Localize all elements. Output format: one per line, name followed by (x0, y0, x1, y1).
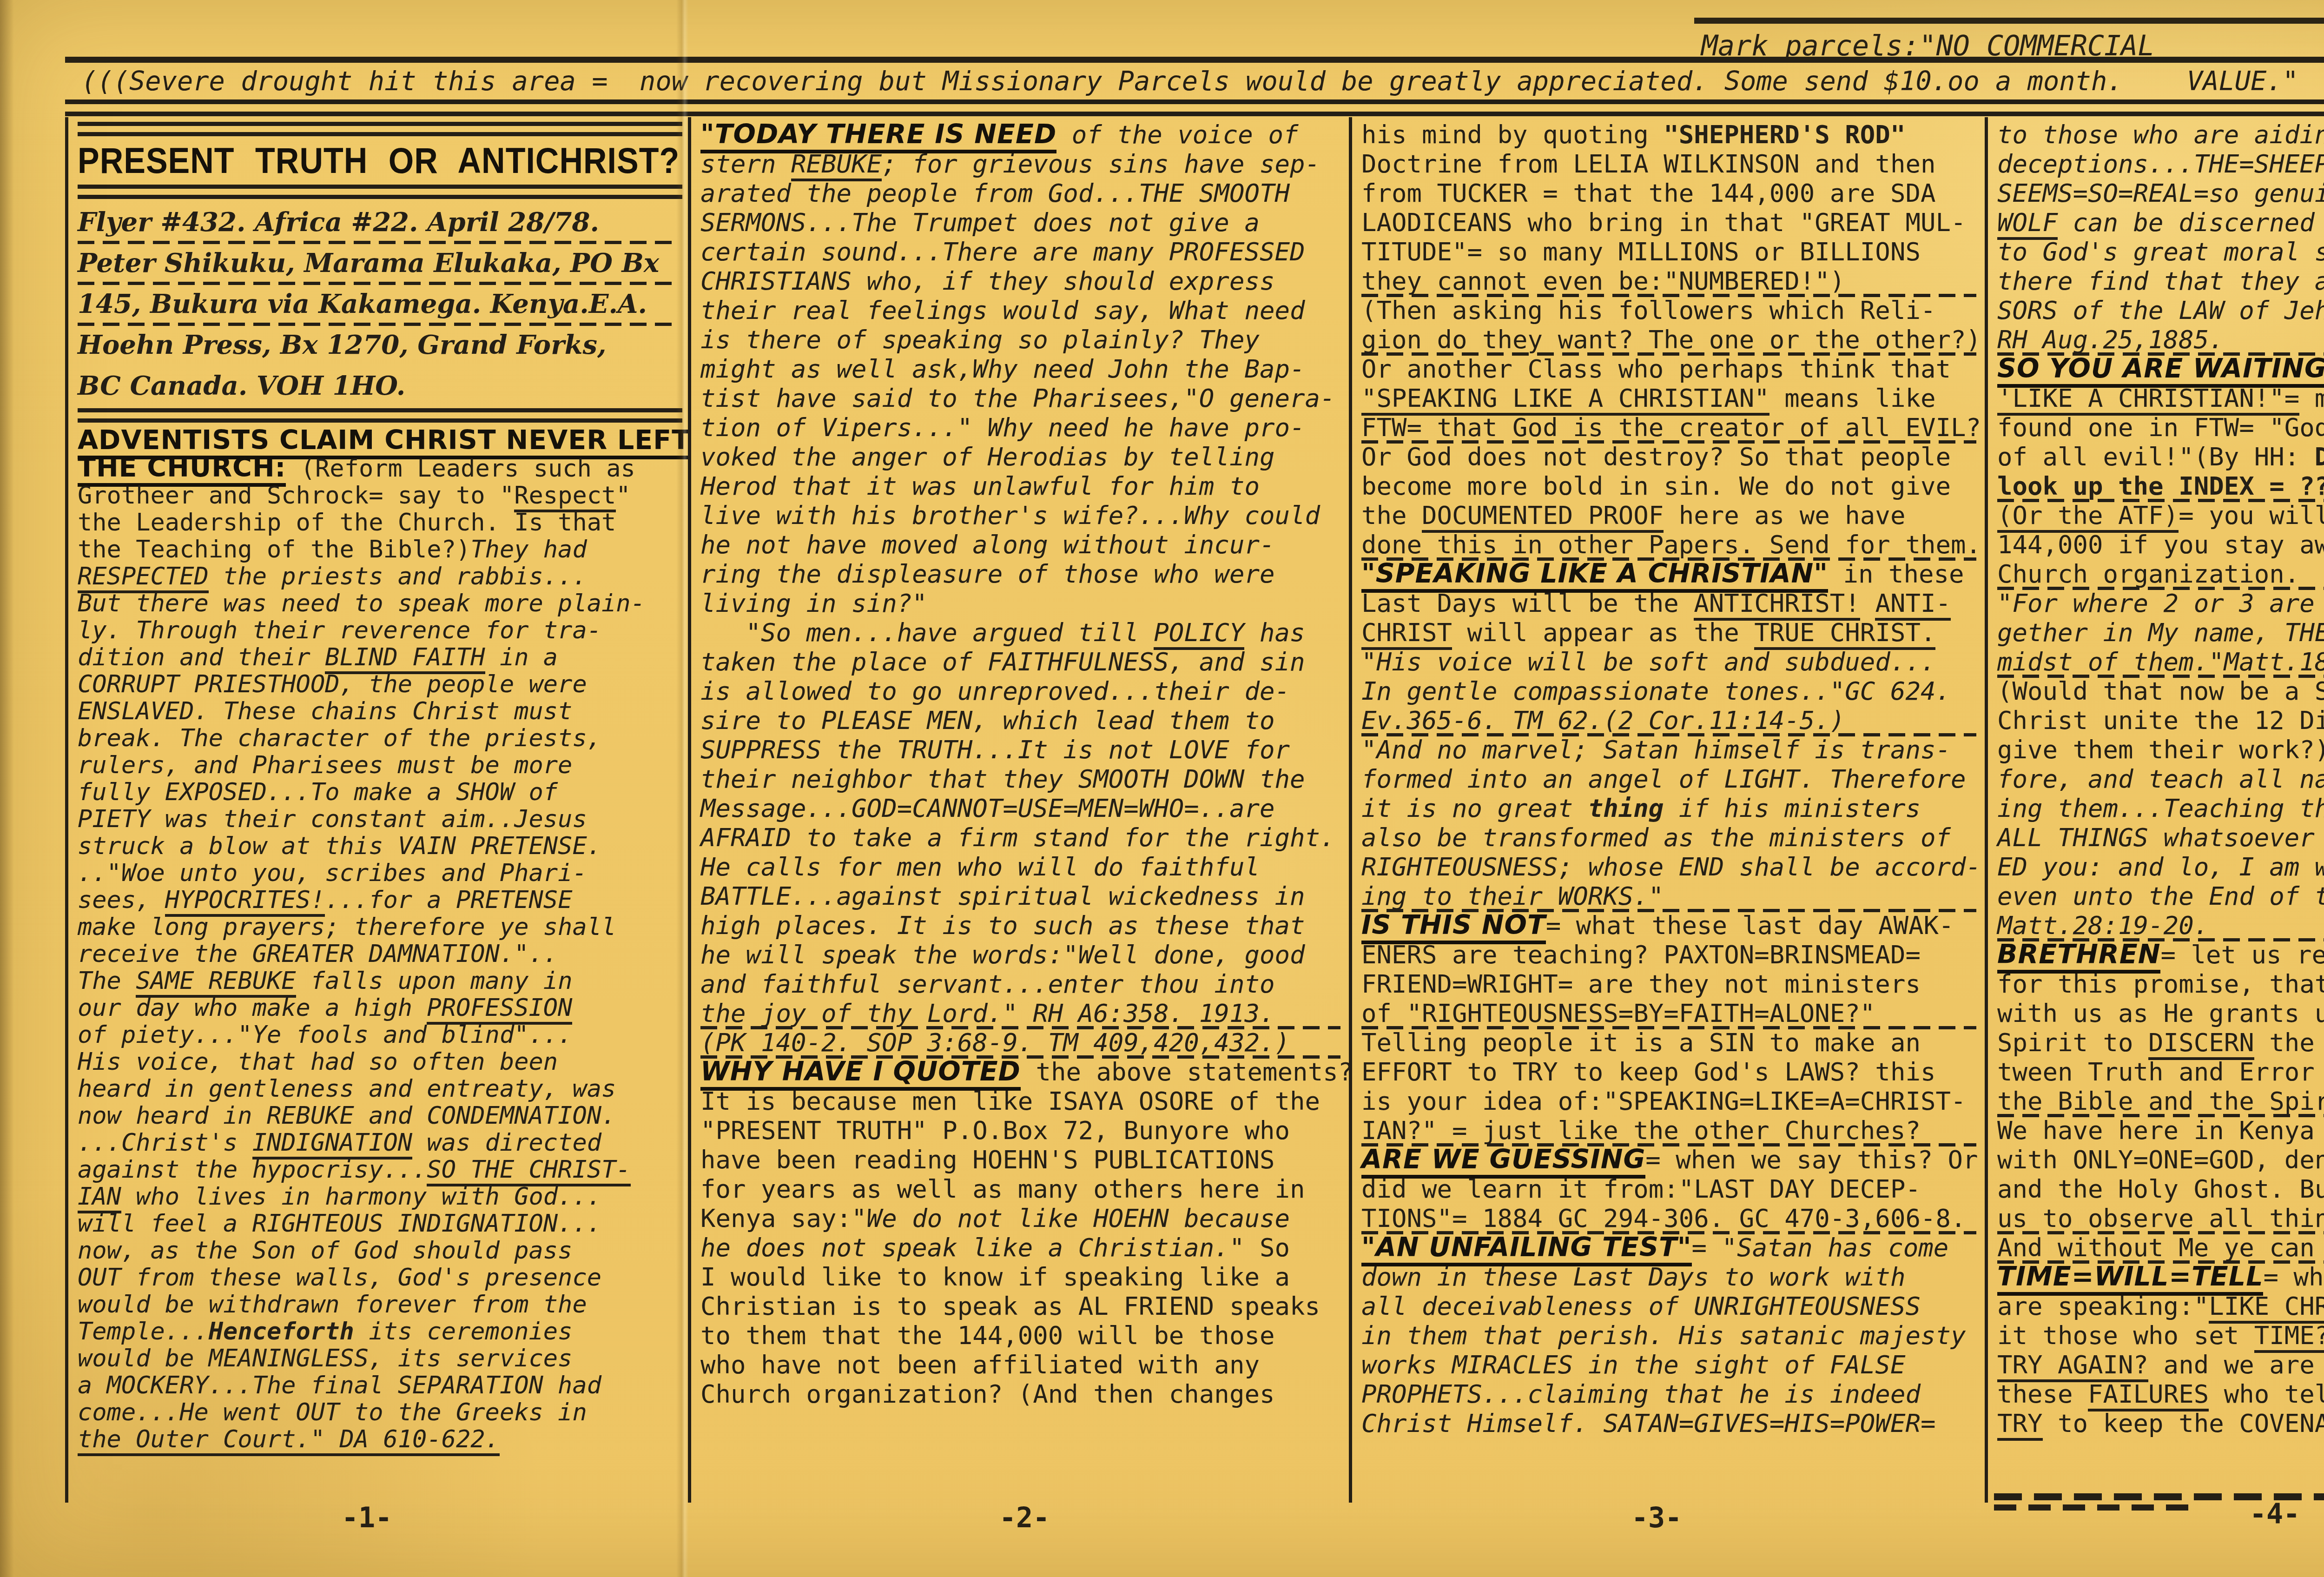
text-line: living in sin?" (700, 589, 1343, 618)
text-line: ly. Through their reverence for tra- (78, 617, 682, 644)
text-line: our day who make a high PROFESSION (78, 994, 682, 1021)
text-line: against the hypocrisy...SO THE CHRIST- (78, 1156, 682, 1183)
text-line: stern REBUKE; for grievous sins have sep… (700, 149, 1343, 179)
text-line: it is no great thing if his ministers (1361, 794, 1979, 823)
text-line: FRIEND=WRIGHT= are they not ministers (1361, 969, 1979, 999)
text-line: ADVENTISTS CLAIM CHRIST NEVER LEFT (78, 427, 682, 455)
text-line: 'LIKE A CHRISTIAN!"= maybe you have (1997, 384, 2324, 413)
text-line: will feel a RIGHTEOUS INDIGNATION... (78, 1210, 682, 1237)
column-3: his mind by quoting "SHEPHERD'S ROD"Doct… (1349, 117, 1985, 1503)
column-1: PRESENT TRUTH OR ANTICHRIST? Flyer #432.… (65, 117, 688, 1503)
text-line: of "RIGHTEOUSNESS=BY=FAITH=ALONE?" (1361, 999, 1979, 1028)
text-line: in them that perish. His satanic majesty (1361, 1321, 1979, 1350)
text-line: "For where 2 or 3 are gathered to- (1997, 589, 2324, 618)
text-line: for years as well as many others here in (700, 1174, 1343, 1204)
text-line: ing to their WORKS." (1361, 881, 1979, 911)
text-line: ring the displeasure of those who were (700, 559, 1343, 589)
text-line: the Teaching of the Bible?)They had (78, 536, 682, 563)
text-line: I would like to know if speaking like a (700, 1262, 1343, 1292)
text-line: His voice, that had so often been (78, 1048, 682, 1075)
text-line: for this promise, that Jesus will b (1997, 969, 2324, 999)
text-line: did we learn it from:"LAST DAY DECEP- (1361, 1174, 1979, 1204)
text-line: SO YOU ARE WAITING=for one who speak (1997, 354, 2324, 384)
text-line: TIONS"= 1884 GC 294-306. GC 470-3,606-8. (1361, 1204, 1979, 1233)
text-line: formed into an angel of LIGHT. Therefore (1361, 764, 1979, 794)
text-line: gion do they want? The one or the other?… (1361, 325, 1979, 354)
address-line: Flyer #432. Africa #22. April 28/78. (78, 202, 682, 243)
address-line: BC Canada. VOH 1HO. (78, 365, 682, 406)
text-line: the Bible and the Spirit of Prophec (1997, 1087, 2324, 1116)
text-line: Grotheer and Schrock= say to "Respect" (78, 482, 682, 509)
text-line: IAN who lives in harmony with God... (78, 1183, 682, 1210)
scanned-flyer-page: Mark parcels:"NO COMMERCIAL (((Severe dr… (0, 0, 2324, 1577)
text-line: he will speak the words:"Well done, good (700, 940, 1343, 969)
text-line: live with his brother's wife?...Why coul… (700, 501, 1343, 530)
text-line: "So men...have argued till POLICY has (700, 618, 1343, 647)
text-line: ENERS are teaching? PAXTON=BRINSMEAD= (1361, 940, 1979, 969)
text-line: tion of Vipers..." Why need he have pro- (700, 413, 1343, 442)
text-line: SUPPRESS the TRUTH...It is not LOVE for (700, 735, 1343, 764)
text-line: ...Christ's INDIGNATION was directed (78, 1129, 682, 1156)
text-line: RESPECTED the priests and rabbis... (78, 563, 682, 590)
text-line: SERMONS...The Trumpet does not give a (700, 208, 1343, 237)
text-line: become more bold in sin. We do not give (1361, 471, 1979, 501)
text-line: found one in FTW= "God is the creato (1997, 413, 2324, 442)
address-line: Hoehn Press, Bx 1270, Grand Forks, (78, 325, 682, 365)
masthead-rule-bottom (78, 408, 682, 423)
text-line: It is because men like ISAYA OSORE of th… (700, 1087, 1343, 1116)
text-line: all deceivableness of UNRIGHTEOUSNESS (1361, 1292, 1979, 1321)
column-3-text: his mind by quoting "SHEPHERD'S ROD"Doct… (1361, 120, 1979, 1438)
text-line: (Would that now be a Sin?Did not th (1997, 676, 2324, 706)
text-line: Christ Himself. SATAN=GIVES=HIS=POWER= (1361, 1409, 1979, 1438)
text-line: receive the GREATER DAMNATION.".. (78, 941, 682, 967)
page-number-1: -1- (342, 1502, 392, 1534)
text-line: SEEMS=SO=REAL=so genuine, that the (1997, 179, 2324, 208)
text-line: RIGHTEOUSNESS; whose END shall be accord… (1361, 852, 1979, 881)
header-rule (65, 57, 2324, 63)
text-line: sire to PLEASE MEN, which lead them to (700, 706, 1343, 735)
column-4-text: to those who are aiding him in hisdecept… (1997, 120, 2324, 1438)
text-line: "PRESENT TRUTH" P.O.Box 72, Bunyore who (700, 1116, 1343, 1145)
text-line: TRY AGAIN? and we are to listen to (1997, 1350, 2324, 1379)
text-line: TRY to keep the COVENANT or COMMAND (1997, 1409, 2324, 1438)
text-line: heard in gentleness and entreaty, was (78, 1075, 682, 1102)
text-line: struck a blow at this VAIN PRETENSE. (78, 833, 682, 860)
text-line: fully EXPOSED...To make a SHOW of (78, 779, 682, 806)
text-line: WOLF can be discerned only as we go (1997, 208, 2324, 237)
text-line: break. The character of the priests, (78, 725, 682, 752)
text-line: also be transformed as the ministers of (1361, 823, 1979, 852)
text-line: (Or the ATF)= you will belong to th (1997, 501, 2324, 530)
text-line: OUT from these walls, God's presence (78, 1264, 682, 1291)
text-line: Christian is to speak as AL FRIEND speak… (700, 1292, 1343, 1321)
text-line: and the Holy Ghost. But Jesus tells (1997, 1174, 2324, 1204)
text-line: the Outer Court." DA 610-622. (78, 1426, 682, 1453)
text-line: and faithful servant...enter thou into (700, 969, 1343, 999)
text-line: "And no marvel; Satan himself is trans- (1361, 735, 1979, 764)
text-line: is there of speaking so plainly? They (700, 325, 1343, 354)
text-line: CHRIST will appear as the TRUE CHRIST. (1361, 618, 1979, 647)
text-line: SORS of the LAW of Jehovah."BC 6:110 (1997, 296, 2324, 325)
column-2-text: "TODAY THERE IS NEED of the voice ofster… (700, 120, 1343, 1409)
text-line: Church organization? (And then changes (700, 1379, 1343, 1409)
text-line: IS THIS NOT= what these last day AWAK- (1361, 911, 1979, 940)
text-line: 144,000 if you stay away from any (1997, 530, 2324, 559)
column-2: "TODAY THERE IS NEED of the voice ofster… (688, 117, 1349, 1503)
address-line: Peter Shikuku, Marama Elukaka, PO Bx (78, 243, 682, 284)
text-line: Last Days will be the ANTICHRIST! ANTI- (1361, 589, 1979, 618)
text-line: might as well ask,Why need John the Bap- (700, 354, 1343, 384)
page-number-3: -3- (1631, 1502, 1682, 1534)
text-line: the joy of thy Lord." RH A6:358. 1913. (700, 999, 1343, 1028)
text-line: to God's great moral standard and (1997, 237, 2324, 266)
drought-note: (((Severe drought hit this area = now re… (81, 66, 2324, 97)
text-line: they cannot even be:"NUMBERED!") (1361, 266, 1979, 296)
text-line: midst of them."Matt.18:20. (1997, 647, 2324, 676)
text-line: from TUCKER = that the 144,000 are SDA (1361, 179, 1979, 208)
text-line: IAN?" = just like the other Churches? (1361, 1116, 1979, 1145)
text-line: now heard in REBUKE and CONDEMNATION. (78, 1102, 682, 1129)
text-line: TITUDE"= so many MILLIONS or BILLIONS (1361, 237, 1979, 266)
text-line: of piety..."Ye fools and blind"... (78, 1021, 682, 1048)
text-line: their real feelings would say, What need (700, 296, 1343, 325)
text-line: RH Aug.25,1885. (1997, 325, 2324, 354)
masthead-rule-mid (78, 185, 682, 199)
text-line: us to observe all things. Matt.28:20 (1997, 1204, 2324, 1233)
text-line: ALL THINGS whatsoever I have COMMAN (1997, 823, 2324, 852)
text-line: fore, and teach all nations, baptiz (1997, 764, 2324, 794)
text-line: Message...GOD=CANNOT=USE=MEN=WHO=..are (700, 794, 1343, 823)
text-line: is your idea of:"SPEAKING=LIKE=A=CHRIST- (1361, 1087, 1979, 1116)
text-line: give them their work?)"Go ye there- (1997, 735, 2324, 764)
text-line: would be MEANINGLESS, its services (78, 1345, 682, 1372)
text-line: tist have said to the Pharisees,"O gener… (700, 384, 1343, 413)
masthead: PRESENT TRUTH OR ANTICHRIST? Flyer #432.… (78, 122, 682, 423)
text-line: TIME=WILL=TELL= who is right and who (1997, 1262, 2324, 1292)
text-line: "SPEAKING LIKE A CHRISTIAN" means like (1361, 384, 1979, 413)
text-line: PIETY was their constant aim..Jesus (78, 806, 682, 833)
text-line: works MIRACLES in the sight of FALSE (1361, 1350, 1979, 1379)
text-line: Church organization. (1997, 559, 2324, 589)
text-line: who have not been affiliated with any (700, 1350, 1343, 1379)
text-line: down in these Last Days to work with (1361, 1262, 1979, 1292)
text-line: with us as He grants us the Holy (1997, 999, 2324, 1028)
text-line: look up the INDEX = ???) (1997, 471, 2324, 501)
header-double-rule (65, 99, 2324, 116)
text-line: deceptions...THE=SHEEP'S=CLOTHING= (1997, 149, 2324, 179)
text-line: done this in other Papers. Send for them… (1361, 530, 1979, 559)
text-line: THE CHURCH: (Reform Leaders such as (78, 455, 682, 482)
text-line: are speaking:"LIKE CHRISTIANS!" Is (1997, 1292, 2324, 1321)
text-line: (Then asking his followers which Reli- (1361, 296, 1979, 325)
text-line: Herod that it was unlawful for him to (700, 471, 1343, 501)
text-line: ED you: and lo, I am with you alway (1997, 852, 2324, 881)
text-line: We have here in Kenya people who go (1997, 1116, 2324, 1145)
text-line: AFRAID to take a firm stand for the righ… (700, 823, 1343, 852)
text-line: ARE WE GUESSING= when we say this? Or (1361, 1145, 1979, 1174)
text-line: he does not speak like a Christian." So (700, 1233, 1343, 1262)
text-line: make long prayers; therefore ye shall (78, 914, 682, 941)
text-line: "TODAY THERE IS NEED of the voice of (700, 120, 1343, 149)
text-line: In gentle compassionate tones.."GC 624. (1361, 676, 1979, 706)
text-line: to those who are aiding him in his (1997, 120, 2324, 149)
text-line: would be withdrawn forever from the (78, 1291, 682, 1318)
text-line: Matt.28:19-20. (1997, 911, 2324, 940)
text-line: certain sound...There are many PROFESSED (700, 237, 1343, 266)
top-right-rule (1694, 18, 2324, 24)
text-line: to them that the 144,000 will be those (700, 1321, 1343, 1350)
address-line: 145, Bukura via Kakamega. Kenya.E.A. (78, 284, 682, 325)
text-line: the DOCUMENTED PROOF here as we have (1361, 501, 1979, 530)
text-line: Telling people it is a SIN to make an (1361, 1028, 1979, 1057)
text-line: EFFORT to TRY to keep God's LAWS? this (1361, 1057, 1979, 1087)
text-line: Spirit to DISCERN the DIFFERENCE be (1997, 1028, 2324, 1057)
page-number-2: -2- (999, 1502, 1050, 1534)
text-line: voked the anger of Herodias by telling (700, 442, 1343, 471)
paper-left-edge (0, 0, 14, 1577)
text-line: (PK 140-2. SOP 3:68-9. TM 409,420,432.) (700, 1028, 1343, 1057)
masthead-rule-top (78, 122, 682, 136)
page4-dash-bar-2 (1994, 1504, 2189, 1511)
page-number-4: -4- (2250, 1498, 2300, 1531)
text-line: Or another Class who perhaps think that (1361, 354, 1979, 384)
text-line: a MOCKERY...The final SEPARATION had (78, 1372, 682, 1399)
text-line: Doctrine from LELIA WILKINSON and then (1361, 149, 1979, 179)
text-line: WHY HAVE I QUOTED the above statements? (700, 1057, 1343, 1087)
text-line: he not have moved along without incur- (700, 530, 1343, 559)
text-line: Christ unite the 12 Disciples and (1997, 706, 2324, 735)
columns-container: PRESENT TRUTH OR ANTICHRIST? Flyer #432.… (65, 117, 2324, 1503)
text-line: sees, HYPOCRITES!...for a PRETENSE (78, 887, 682, 914)
text-line: taken the place of FAITHFULNESS, and sin (700, 647, 1343, 676)
text-line: rulers, and Pharisees must be more (78, 752, 682, 779)
address-block: Flyer #432. Africa #22. April 28/78.Pete… (78, 202, 682, 406)
text-line: LAODICEANS who bring in that "GREAT MUL- (1361, 208, 1979, 237)
text-line: Or God does not destroy? So that people (1361, 442, 1979, 471)
text-line: "SPEAKING LIKE A CHRISTIAN" in these (1361, 559, 1979, 589)
text-line: is allowed to go unreproved...their de- (700, 676, 1343, 706)
text-line: even unto the End of the World.Amen (1997, 881, 2324, 911)
text-line: high places. It is to such as these that (700, 911, 1343, 940)
text-line: Temple...Henceforth its ceremonies (78, 1318, 682, 1345)
column-4: to those who are aiding him in hisdecept… (1985, 117, 2324, 1503)
text-line: PROPHETS...claiming that he is indeed (1361, 1379, 1979, 1409)
text-line: now, as the Son of God should pass (78, 1237, 682, 1264)
text-line: dition and their BLIND FAITH in a (78, 644, 682, 671)
text-line: BATTLE...against spiritual wickedness in (700, 881, 1343, 911)
text-line: have been reading HOEHN'S PUBLICATIONS (700, 1145, 1343, 1174)
text-line: ENSLAVED. These chains Christ must (78, 698, 682, 725)
text-line: He calls for men who will do faithful (700, 852, 1343, 881)
text-line: arated the people from God...THE SMOOTH (700, 179, 1343, 208)
text-line: CORRUPT PRIESTHOOD, the people were (78, 671, 682, 698)
text-line: BRETHREN= let us rejoice and be gla (1997, 940, 2324, 969)
page-title: PRESENT TRUTH OR ANTICHRIST? (78, 135, 682, 186)
text-line: of all evil!"(By HH: Do people NEVER (1997, 442, 2324, 471)
text-line: the Leadership of the Church. Is that (78, 509, 682, 536)
text-line: "His voice will be soft and subdued... (1361, 647, 1979, 676)
text-line: tween Truth and Error as we go to (1997, 1057, 2324, 1087)
text-line: these FAILURES who tell us not to (1997, 1379, 2324, 1409)
text-line: there find that they are TRANSGRES- (1997, 266, 2324, 296)
text-line: And without Me ye can do NOTHING! (1997, 1233, 2324, 1262)
text-line: .."Woe unto you, scribes and Phari- (78, 860, 682, 887)
text-line: gether in My name, THERE am I in th (1997, 618, 2324, 647)
text-line: Kenya say:"We do not like HOEHN because (700, 1204, 1343, 1233)
text-line: with ONLY=ONE=GOD, denying the Son (1997, 1145, 2324, 1174)
text-line: "AN UNFAILING TEST"= "Satan has come (1361, 1233, 1979, 1262)
column-1-text: ADVENTISTS CLAIM CHRIST NEVER LEFTTHE CH… (78, 427, 682, 1453)
text-line: their neighbor that they SMOOTH DOWN the (700, 764, 1343, 794)
text-line: FTW= that God is the creator of all EVIL… (1361, 413, 1979, 442)
text-line: But there was need to speak more plain- (78, 590, 682, 617)
text-line: it those who set TIME? and FAIL? an (1997, 1321, 2324, 1350)
text-line: his mind by quoting "SHEPHERD'S ROD" (1361, 120, 1979, 149)
text-line: ing them...Teaching them to OBSERVE (1997, 794, 2324, 823)
text-line: The SAME REBUKE falls upon many in (78, 967, 682, 994)
text-line: come...He went OUT to the Greeks in (78, 1399, 682, 1426)
text-line: Ev.365-6. TM 62.(2 Cor.11:14-5.) (1361, 706, 1979, 735)
text-line: CHRISTIANS who, if they should express (700, 266, 1343, 296)
